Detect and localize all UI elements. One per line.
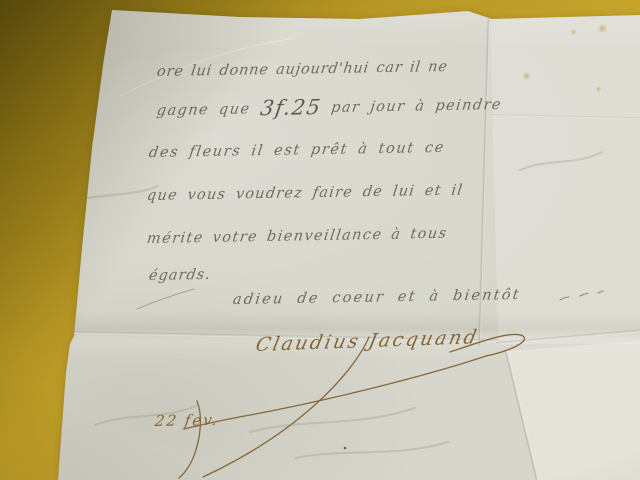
photo-of-handwritten-letter: ore lui donne aujourd'hui car il ne gagn… [0, 0, 640, 480]
signature-sweep-flourish [184, 356, 486, 429]
letter-line-2-post: par jour à peindre [320, 97, 503, 116]
dark-speck-top-edge [294, 0, 299, 13]
letter-line-2-pre: gagne que [156, 101, 262, 119]
letter-paper: ore lui donne aujourd'hui car il ne gagn… [0, 0, 640, 480]
letter-paper-wrap: ore lui donne aujourd'hui car il ne gagn… [0, 0, 640, 480]
signature-descender-flourish [203, 337, 369, 477]
letter-date: 22 fev. [154, 411, 220, 430]
ink-dot [344, 447, 347, 450]
payment-amount: 3f.25 [259, 95, 323, 120]
letter-line-6: égards. [148, 267, 212, 284]
closing-trailing-marks [560, 291, 603, 300]
stray-ink-mark [137, 289, 194, 309]
foxing-spot [614, 8, 623, 15]
